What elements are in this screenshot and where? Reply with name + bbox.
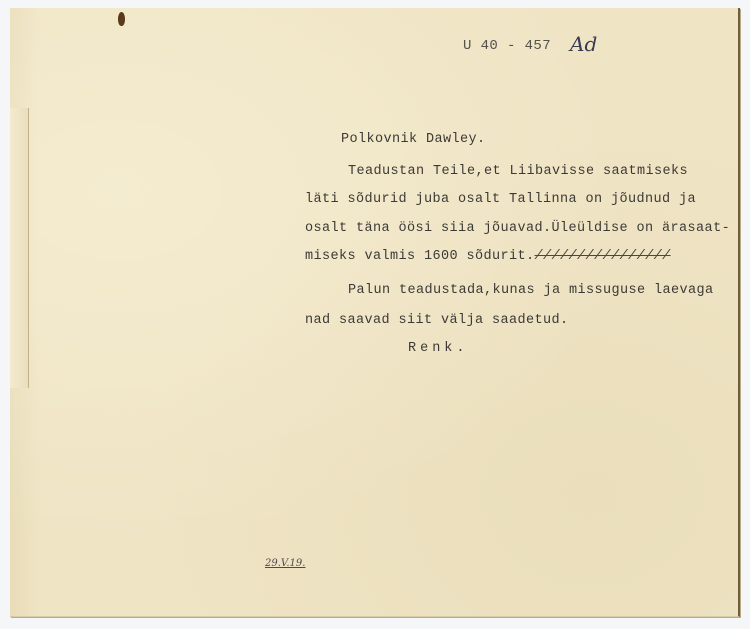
document-page: U 40 - 457 Ad Polkovnik Dawley. Teadusta… <box>10 8 740 617</box>
ink-stain <box>118 12 125 26</box>
reference-number: U 40 - 457 <box>463 38 551 54</box>
request-line-2: nad saavad siit välja saadetud. <box>305 313 569 328</box>
body-line-4-text: miseks valmis 1600 sõdurit. <box>305 249 535 264</box>
request-line-1: Palun teadustada,kunas ja missuguse laev… <box>348 283 714 298</box>
struck-out-text: //////////////// <box>535 249 671 264</box>
body-line-1: Teadustan Teile,et Liibavisse saatmiseks <box>348 164 688 179</box>
handwritten-initials: Ad <box>570 32 597 56</box>
handwritten-date: 29.V.19. <box>265 558 305 569</box>
torn-left-edge <box>10 108 29 388</box>
body-line-2: läti sõdurid juba osalt Tallinna on jõud… <box>305 192 696 207</box>
body-line-3: osalt täna öösi siia jõuavad.Üleüldise o… <box>305 221 730 236</box>
addressee: Polkovnik Dawley. <box>341 132 486 147</box>
signature: Renk. <box>408 341 469 356</box>
body-line-4: miseks valmis 1600 sõdurit./////////////… <box>305 249 671 264</box>
